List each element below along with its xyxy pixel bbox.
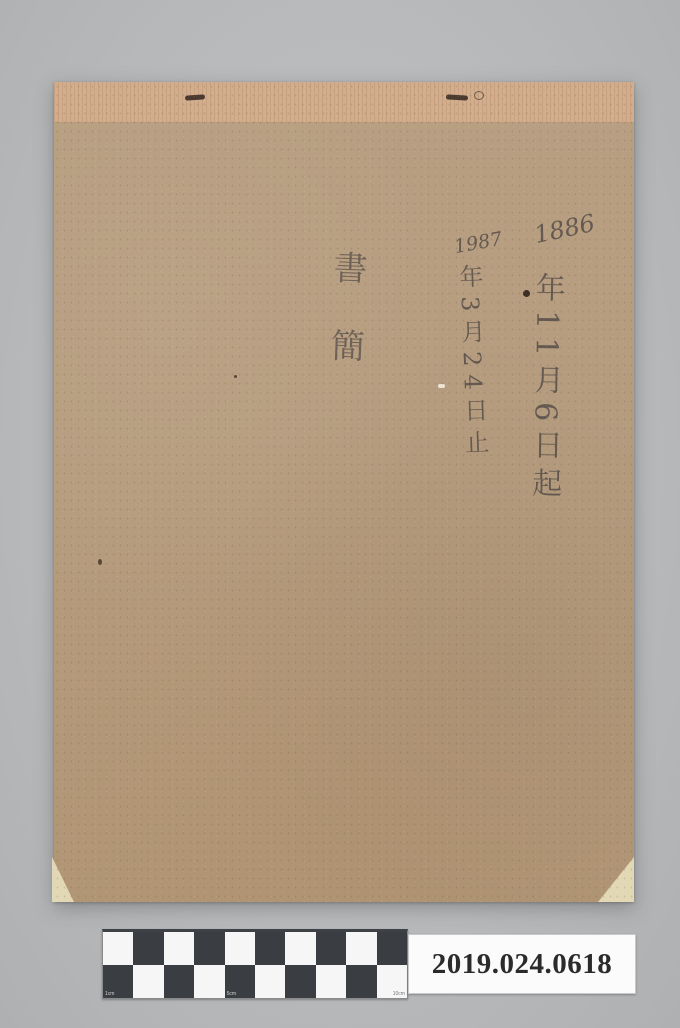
binding-strip bbox=[54, 82, 634, 123]
scale-square bbox=[164, 932, 194, 965]
paper-fleck bbox=[438, 384, 445, 388]
scale-square bbox=[255, 965, 285, 998]
scale-label-1cm: 1cm bbox=[105, 991, 114, 997]
scale-square bbox=[285, 965, 315, 998]
accession-number: 2019.024.0618 bbox=[432, 948, 613, 981]
staple-right bbox=[446, 94, 468, 100]
scale-square bbox=[255, 932, 285, 965]
staple-left bbox=[185, 94, 205, 100]
scale-square bbox=[346, 965, 376, 998]
scale-square bbox=[133, 932, 163, 965]
archive-photograph: 書簡 1886 年11月6日起 1987 年3月24日止 1cm 5cm bbox=[0, 0, 680, 1028]
staple-ring bbox=[474, 91, 484, 100]
paper-speck bbox=[234, 375, 237, 378]
corner-protector-bottom-right bbox=[598, 857, 634, 902]
notebook-cover: 書簡 1886 年11月6日起 1987 年3月24日止 bbox=[54, 82, 634, 902]
scale-label-10cm: 10cm bbox=[393, 991, 405, 997]
scale-square bbox=[377, 932, 407, 965]
handwritten-start-date: 年11月6日起 bbox=[528, 272, 562, 506]
scale-square bbox=[194, 932, 224, 965]
handwritten-title: 書簡 bbox=[325, 249, 364, 406]
scale-square: 5cm bbox=[225, 965, 255, 998]
scale-square bbox=[133, 965, 163, 998]
handwritten-end-date: 年3月24日止 bbox=[457, 264, 488, 463]
paper-speck bbox=[98, 559, 102, 565]
scale-square bbox=[316, 932, 346, 965]
handwritten-start-year: 1886 bbox=[532, 209, 598, 249]
scale-square bbox=[164, 965, 194, 998]
corner-protector-bottom-left bbox=[52, 857, 74, 902]
accession-label: 2019.024.0618 bbox=[408, 934, 636, 994]
handwritten-end-year: 1987 bbox=[452, 228, 503, 258]
color-scale-bar: 1cm 5cm 10cm bbox=[102, 929, 408, 999]
scale-square: 1cm bbox=[103, 965, 133, 998]
scale-square bbox=[346, 932, 376, 965]
scale-square bbox=[225, 932, 255, 965]
scale-square bbox=[285, 932, 315, 965]
scale-square bbox=[194, 965, 224, 998]
scale-square bbox=[103, 932, 133, 965]
scale-square: 10cm bbox=[377, 965, 407, 998]
scale-label-5cm: 5cm bbox=[227, 991, 236, 997]
scale-square bbox=[316, 965, 346, 998]
